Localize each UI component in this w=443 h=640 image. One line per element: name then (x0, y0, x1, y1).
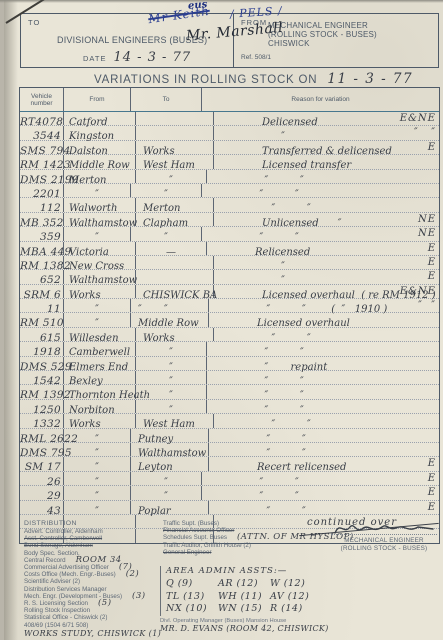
table-row: RM 1423Middle RowWest HamLicensed transf… (20, 155, 439, 169)
cell-from: Dalston (64, 141, 136, 154)
date-line: DATE14 - 3 - 77 (83, 48, 191, 66)
cell-reason: Licensed transfer (214, 155, 439, 168)
cell-reason: ″ ″E (202, 486, 439, 499)
traffic-distribution-item: Traffic Auditor, Griffith House (2) (163, 542, 328, 549)
cell-to: ″ (131, 184, 202, 197)
signature-title-2: (ROLLING STOCK - BUSES) (328, 545, 440, 553)
distribution-item: Scientific Adviser (2) (24, 578, 174, 585)
table-row: RML 2622″Putney ″ ″ (20, 429, 439, 443)
variation-code: E (428, 457, 436, 470)
variation-code: ″ ″ (418, 299, 436, 312)
table-row: 29″″ ″ ″E (20, 486, 439, 500)
cell-from: New Cross (64, 256, 136, 269)
table-body: RT4078CatfordDelicensedE&NE3544Kingston … (20, 112, 439, 543)
form-title-row: VARIATIONS IN ROLLING STOCK ON11 - 3 - 7… (94, 70, 413, 88)
table-header: Vehicle number From To Reason for variat… (20, 88, 439, 112)
cell-reason: ″ ″ (207, 400, 439, 413)
cell-reason: Recert relicensedE (209, 457, 439, 470)
cell-to: ″ (131, 472, 202, 485)
col-to: To (131, 88, 202, 111)
cell-reason: ″ ″ (207, 342, 439, 355)
cell-vehicle-number: 2201 (20, 184, 64, 197)
cell-to (136, 256, 214, 269)
cell-from: Kingston (64, 126, 136, 139)
cell-reason: Transferred & delicensedE (214, 141, 439, 154)
cell-from: Bexley (64, 371, 136, 384)
cell-reason: ″E (214, 270, 439, 283)
from-line-3: CHISWICK (268, 39, 377, 48)
signature-title-1: MECHANICAL ENGINEER (328, 537, 440, 545)
cell-from: Elmers End (64, 357, 136, 370)
signature-block: MECHANICAL ENGINEER (ROLLING STOCK - BUS… (328, 518, 440, 553)
handwritten-annotation: (3) (132, 591, 146, 601)
table-row: MBA 449Victoria—RelicensedE (20, 242, 439, 256)
cell-to: Clapham (136, 213, 214, 226)
from-address: MECHANICAL ENGINEER (ROLLING STOCK - BUS… (268, 21, 377, 48)
cell-reason: ″ ″ (209, 429, 439, 442)
cell-reason: ″ ″ (207, 170, 439, 183)
cell-from: ″ (64, 429, 131, 442)
cell-to (136, 126, 214, 139)
cell-vehicle-number: RM 1382 (20, 256, 64, 269)
table-row: MB 352WalthamstowClaphamUnlicensed ″NE (20, 213, 439, 227)
table-row: 1332WorksWest Ham ″ ″ (20, 414, 439, 428)
scanned-form-page: TO DIVISIONAL ENGINEERS (BUSES) DATE14 -… (0, 0, 443, 640)
table-row: 2201″″ ″ ″ (20, 184, 439, 198)
cell-from: Merton (64, 170, 136, 183)
cell-to: ″ (136, 357, 207, 370)
variation-code: NE (418, 213, 436, 226)
cell-from: Thornton Heath (64, 385, 136, 398)
cell-vehicle-number: RML 2622 (20, 429, 64, 442)
cell-from: ″ (64, 472, 131, 485)
date-value: 14 - 3 - 77 (113, 50, 191, 65)
cell-to: ″ ″ (131, 299, 209, 312)
area-admin-cell: TL (13) (166, 591, 218, 604)
traffic-list: Traffic Supt. (Buses)Financial Accounts … (163, 520, 328, 556)
cell-to: ″ (131, 486, 202, 499)
area-admin-cell: WN (15) (218, 603, 270, 616)
cell-vehicle-number: 43 (20, 501, 64, 514)
cell-vehicle-number: 112 (20, 198, 64, 211)
signature-icon (332, 518, 436, 538)
variation-code: E (428, 242, 436, 255)
cell-vehicle-number: RM 1392 (20, 385, 64, 398)
table-row: RM 510″Middle RowLicensed overhaul (20, 313, 439, 327)
cell-to: — (136, 242, 207, 255)
table-row: 26″″ ″ ″E (20, 472, 439, 486)
area-admin-cell: NX (10) (166, 603, 218, 616)
ref-number: Ref. 508/1 (241, 54, 271, 61)
signature-dotted-line (331, 534, 437, 535)
table-row: SMS 794DalstonWorksTransferred & delicen… (20, 141, 439, 155)
table-row: 112WalworthMerton ″ ″ (20, 198, 439, 212)
distribution-item: 408/69 (1504 6/71 508) (24, 622, 174, 629)
cell-vehicle-number: SRM 6 (20, 285, 64, 298)
variation-code: E (428, 501, 436, 514)
cell-from: Camberwell (64, 342, 136, 355)
routing-box: TO DIVISIONAL ENGINEERS (BUSES) DATE14 -… (20, 13, 439, 68)
cell-to: ″ (136, 385, 207, 398)
variation-code: E (428, 270, 436, 283)
cell-reason: Licensed overhaul (209, 313, 439, 326)
cell-vehicle-number: RM 1423 (20, 155, 64, 168)
variation-code: E (428, 141, 436, 154)
area-admin-cell: R (14) (270, 603, 322, 616)
cell-reason: Unlicensed ″NE (214, 213, 439, 226)
col-vehicle-number: Vehicle number (20, 88, 64, 111)
cell-to (136, 270, 214, 283)
cell-reason: ″ ″ (214, 198, 439, 211)
distribution-section: DISTRIBUTION Advert. Controller, Aldenha… (24, 520, 174, 639)
area-admin-row: NX (10)WN (15)R (14) (166, 603, 322, 616)
cell-vehicle-number: 26 (20, 472, 64, 485)
cell-vehicle-number: 1918 (20, 342, 64, 355)
area-admin-row: TL (13)WH (11)AV (12) (166, 591, 322, 604)
cell-to: ″ (136, 342, 207, 355)
cell-vehicle-number: 29 (20, 486, 64, 499)
table-row: 1542Bexley″ ″ ″ (20, 371, 439, 385)
table-row: 43″Poplar ″ ″E (20, 501, 439, 515)
col-from: From (64, 88, 131, 111)
cell-from: Works (64, 414, 136, 427)
cell-from: ″ (64, 443, 131, 456)
distribution-item: WORKS STUDY, CHISWICK (1) (24, 629, 174, 639)
cell-from: ″ (64, 299, 131, 312)
cell-vehicle-number: DMS 2199 (20, 170, 64, 183)
cell-from: Willesden (64, 328, 136, 341)
cell-from: Middle Row (64, 155, 136, 168)
cell-from: ″ (64, 501, 131, 514)
cell-reason: RelicensedE (207, 242, 439, 255)
cell-reason: ″ repaint (207, 357, 439, 370)
annotation-overlay: eus (188, 0, 208, 12)
table-row: 1918Camberwell″ ″ ″ (20, 342, 439, 356)
scan-edge (0, 0, 443, 3)
cell-reason: ″ ″E (202, 472, 439, 485)
cell-reason: ″ ″ (214, 414, 439, 427)
to-value: DIVISIONAL ENGINEERS (BUSES) (57, 35, 207, 45)
variation-code: E&NE (400, 112, 436, 125)
table-row: 11″″ ″ ″ ″ ( ″ 1910 )″ ″ (20, 299, 439, 313)
cell-vehicle-number: 3544 (20, 126, 64, 139)
cell-from: ″ (64, 313, 131, 326)
cell-reason: ″ ″NE (202, 227, 439, 240)
cell-from: ″ (64, 457, 131, 470)
cell-reason: ″″ ″ (214, 126, 439, 139)
cell-from: Walthamstow (64, 270, 136, 283)
cell-to: ″ (131, 227, 202, 240)
distribution-item: Distribution Services Manager (24, 586, 174, 593)
cell-from: Catford (64, 112, 136, 125)
area-admin-section: AREA ADMIN ASSTS:— Q (9)AR (12)W (12)TL … (160, 566, 322, 616)
variation-code: NE (418, 227, 436, 240)
cell-from: Walthamstow (64, 213, 136, 226)
cell-to: Merton (136, 198, 214, 211)
report-date: 11 - 3 - 77 (327, 71, 413, 87)
area-admin-cell: AR (12) (218, 578, 270, 591)
cell-to: Works (136, 141, 214, 154)
cell-vehicle-number: SM 17 (20, 457, 64, 470)
footer: DISTRIBUTION Advert. Controller, Aldenha… (0, 518, 443, 640)
distribution-item: Rolling Stock Inspection (24, 607, 174, 614)
from-line-1: MECHANICAL ENGINEER (268, 21, 377, 30)
table-row: SM 17″LeytonRecert relicensedE (20, 457, 439, 471)
cell-from: Victoria (64, 242, 136, 255)
distribution-heading: DISTRIBUTION (24, 520, 174, 527)
cell-reason: ″ ″E (209, 501, 439, 514)
traffic-distribution-item: General Engineer (163, 549, 328, 556)
distribution-list: Advert. Controller, AldenhamAsst. Contro… (24, 528, 174, 639)
cell-vehicle-number: 652 (20, 270, 64, 283)
variation-code: E (428, 472, 436, 485)
variation-code: E (428, 256, 436, 269)
cell-reason: ″ ″ (202, 184, 439, 197)
area-admin-cell: AV (12) (270, 591, 322, 604)
cell-to: Putney (131, 429, 209, 442)
handwritten-annotation: (5) (98, 598, 112, 608)
cell-to: Middle Row (131, 313, 209, 326)
cell-vehicle-number: DMS 529 (20, 357, 64, 370)
distribution-item: R. S. Licensing Section(5) (24, 600, 174, 607)
cell-vehicle-number: 1542 (20, 371, 64, 384)
table-row: 3544Kingston ″″ ″ (20, 126, 439, 140)
distribution-item: Asst. Controller, Camberwell (24, 535, 174, 542)
from-line-2: (ROLLING STOCK - BUSES) (268, 30, 377, 39)
cell-to: West Ham (136, 414, 214, 427)
cell-reason: ″ ″ (207, 385, 439, 398)
area-admin-grid: Q (9)AR (12)W (12)TL (13)WH (11)AV (12)N… (166, 578, 322, 616)
cell-to: Leyton (131, 457, 209, 470)
cell-to: Works (136, 328, 214, 341)
table-row: RT4078CatfordDelicensedE&NE (20, 112, 439, 126)
cell-to: ″ (136, 371, 207, 384)
date-label: DATE (83, 54, 106, 63)
distribution-item: Bond Storage, Aldenham (24, 542, 174, 549)
area-admin-cell: WH (11) (218, 591, 270, 604)
handwritten-annotation: (2) (126, 569, 140, 579)
operating-manager-section: Divl. Operating Manager (Buses) Mansion … (160, 618, 329, 633)
cell-reason: ″ ″ (207, 371, 439, 384)
cell-from: ″ (64, 184, 131, 197)
rolling-stock-table: Vehicle number From To Reason for variat… (19, 87, 440, 544)
distribution-item: Costs Office (Mech. Engr.-Buses)(2) (24, 571, 174, 578)
area-admin-row: Q (9)AR (12)W (12) (166, 578, 322, 591)
table-row: 652Walthamstow ″E (20, 270, 439, 284)
area-admin-cell: W (12) (270, 578, 322, 591)
variation-code: ″ ″ (414, 126, 436, 139)
table-row: RM 1382New Cross ″E (20, 256, 439, 270)
cell-reason: ″ ″ (214, 328, 439, 341)
cell-reason: ″ ″ ( ″ 1910 )″ ″ (209, 299, 439, 312)
table-row: RM 1392Thornton Heath″ ″ ″ (20, 385, 439, 399)
cell-from: Works (64, 285, 136, 298)
cell-reason: ″ ″ (209, 443, 439, 456)
to-label: TO (28, 18, 40, 27)
cell-vehicle-number: 11 (20, 299, 64, 312)
cell-to: ″ (136, 170, 207, 183)
cell-from: Walworth (64, 198, 136, 211)
cell-vehicle-number: 615 (20, 328, 64, 341)
traffic-distribution-item: Schedules Supt. Buses(ATTN. OF MR HYSLOP… (163, 534, 328, 541)
distribution-item: Central RecordROOM 34 (24, 557, 174, 564)
cell-reason: DelicensedE&NE (214, 112, 439, 125)
cell-from: Norbiton (64, 400, 136, 413)
distribution-item: Statistical Office - Chiswick (2) (24, 614, 174, 621)
table-row: 1250Norbiton″ ″ ″ (20, 400, 439, 414)
area-admin-heading: AREA ADMIN ASSTS:— (166, 566, 322, 576)
table-row: SRM 6WorksCHISWICK BALicensed overhaul (… (20, 285, 439, 299)
variation-code: E&NE (400, 285, 436, 298)
operating-manager-handwritten: MR. D. EVANS (ROOM 42, CHISWICK) (160, 624, 329, 633)
table-row: 359″″ ″ ″NE (20, 227, 439, 241)
traffic-distribution-item: Traffic Supt. (Buses) (163, 520, 328, 527)
cell-to: ″ (136, 400, 207, 413)
table-row: DMS 795″Walthamstow ″ ″ (20, 443, 439, 457)
cell-reason: Licensed overhaul ( re RM 1912 )E&NE (214, 285, 439, 298)
table-row: DMS 529Elmers End″ ″ repaint (20, 357, 439, 371)
cell-vehicle-number: MBA 449 (20, 242, 64, 255)
traffic-distribution-section: Traffic Supt. (Buses)Financial Accounts … (163, 520, 328, 556)
cell-vehicle-number: DMS 795 (20, 443, 64, 456)
form-title: VARIATIONS IN ROLLING STOCK ON (94, 74, 317, 86)
table-row: DMS 2199Merton″ ″ ″ (20, 170, 439, 184)
cell-to: Poplar (131, 501, 209, 514)
area-admin-cell: Q (9) (166, 578, 218, 591)
cell-vehicle-number: SMS 794 (20, 141, 64, 154)
cell-vehicle-number: 359 (20, 227, 64, 240)
cell-to: West Ham (136, 155, 214, 168)
cell-vehicle-number: 1250 (20, 400, 64, 413)
cell-from: ″ (64, 227, 131, 240)
cell-to (136, 112, 214, 125)
cell-to: CHISWICK BA (136, 285, 214, 298)
col-reason: Reason for variation (202, 88, 439, 111)
cell-vehicle-number: RT4078 (20, 112, 64, 125)
cell-vehicle-number: RM 510 (20, 313, 64, 326)
cell-vehicle-number: MB 352 (20, 213, 64, 226)
table-row: 615WillesdenWorks ″ ″ (20, 328, 439, 342)
cell-reason: ″E (214, 256, 439, 269)
cell-to: Walthamstow (131, 443, 209, 456)
distribution-item: Advert. Controller, Aldenham (24, 528, 174, 535)
cell-vehicle-number: 1332 (20, 414, 64, 427)
variation-code: E (428, 486, 436, 499)
cell-from: ″ (64, 486, 131, 499)
